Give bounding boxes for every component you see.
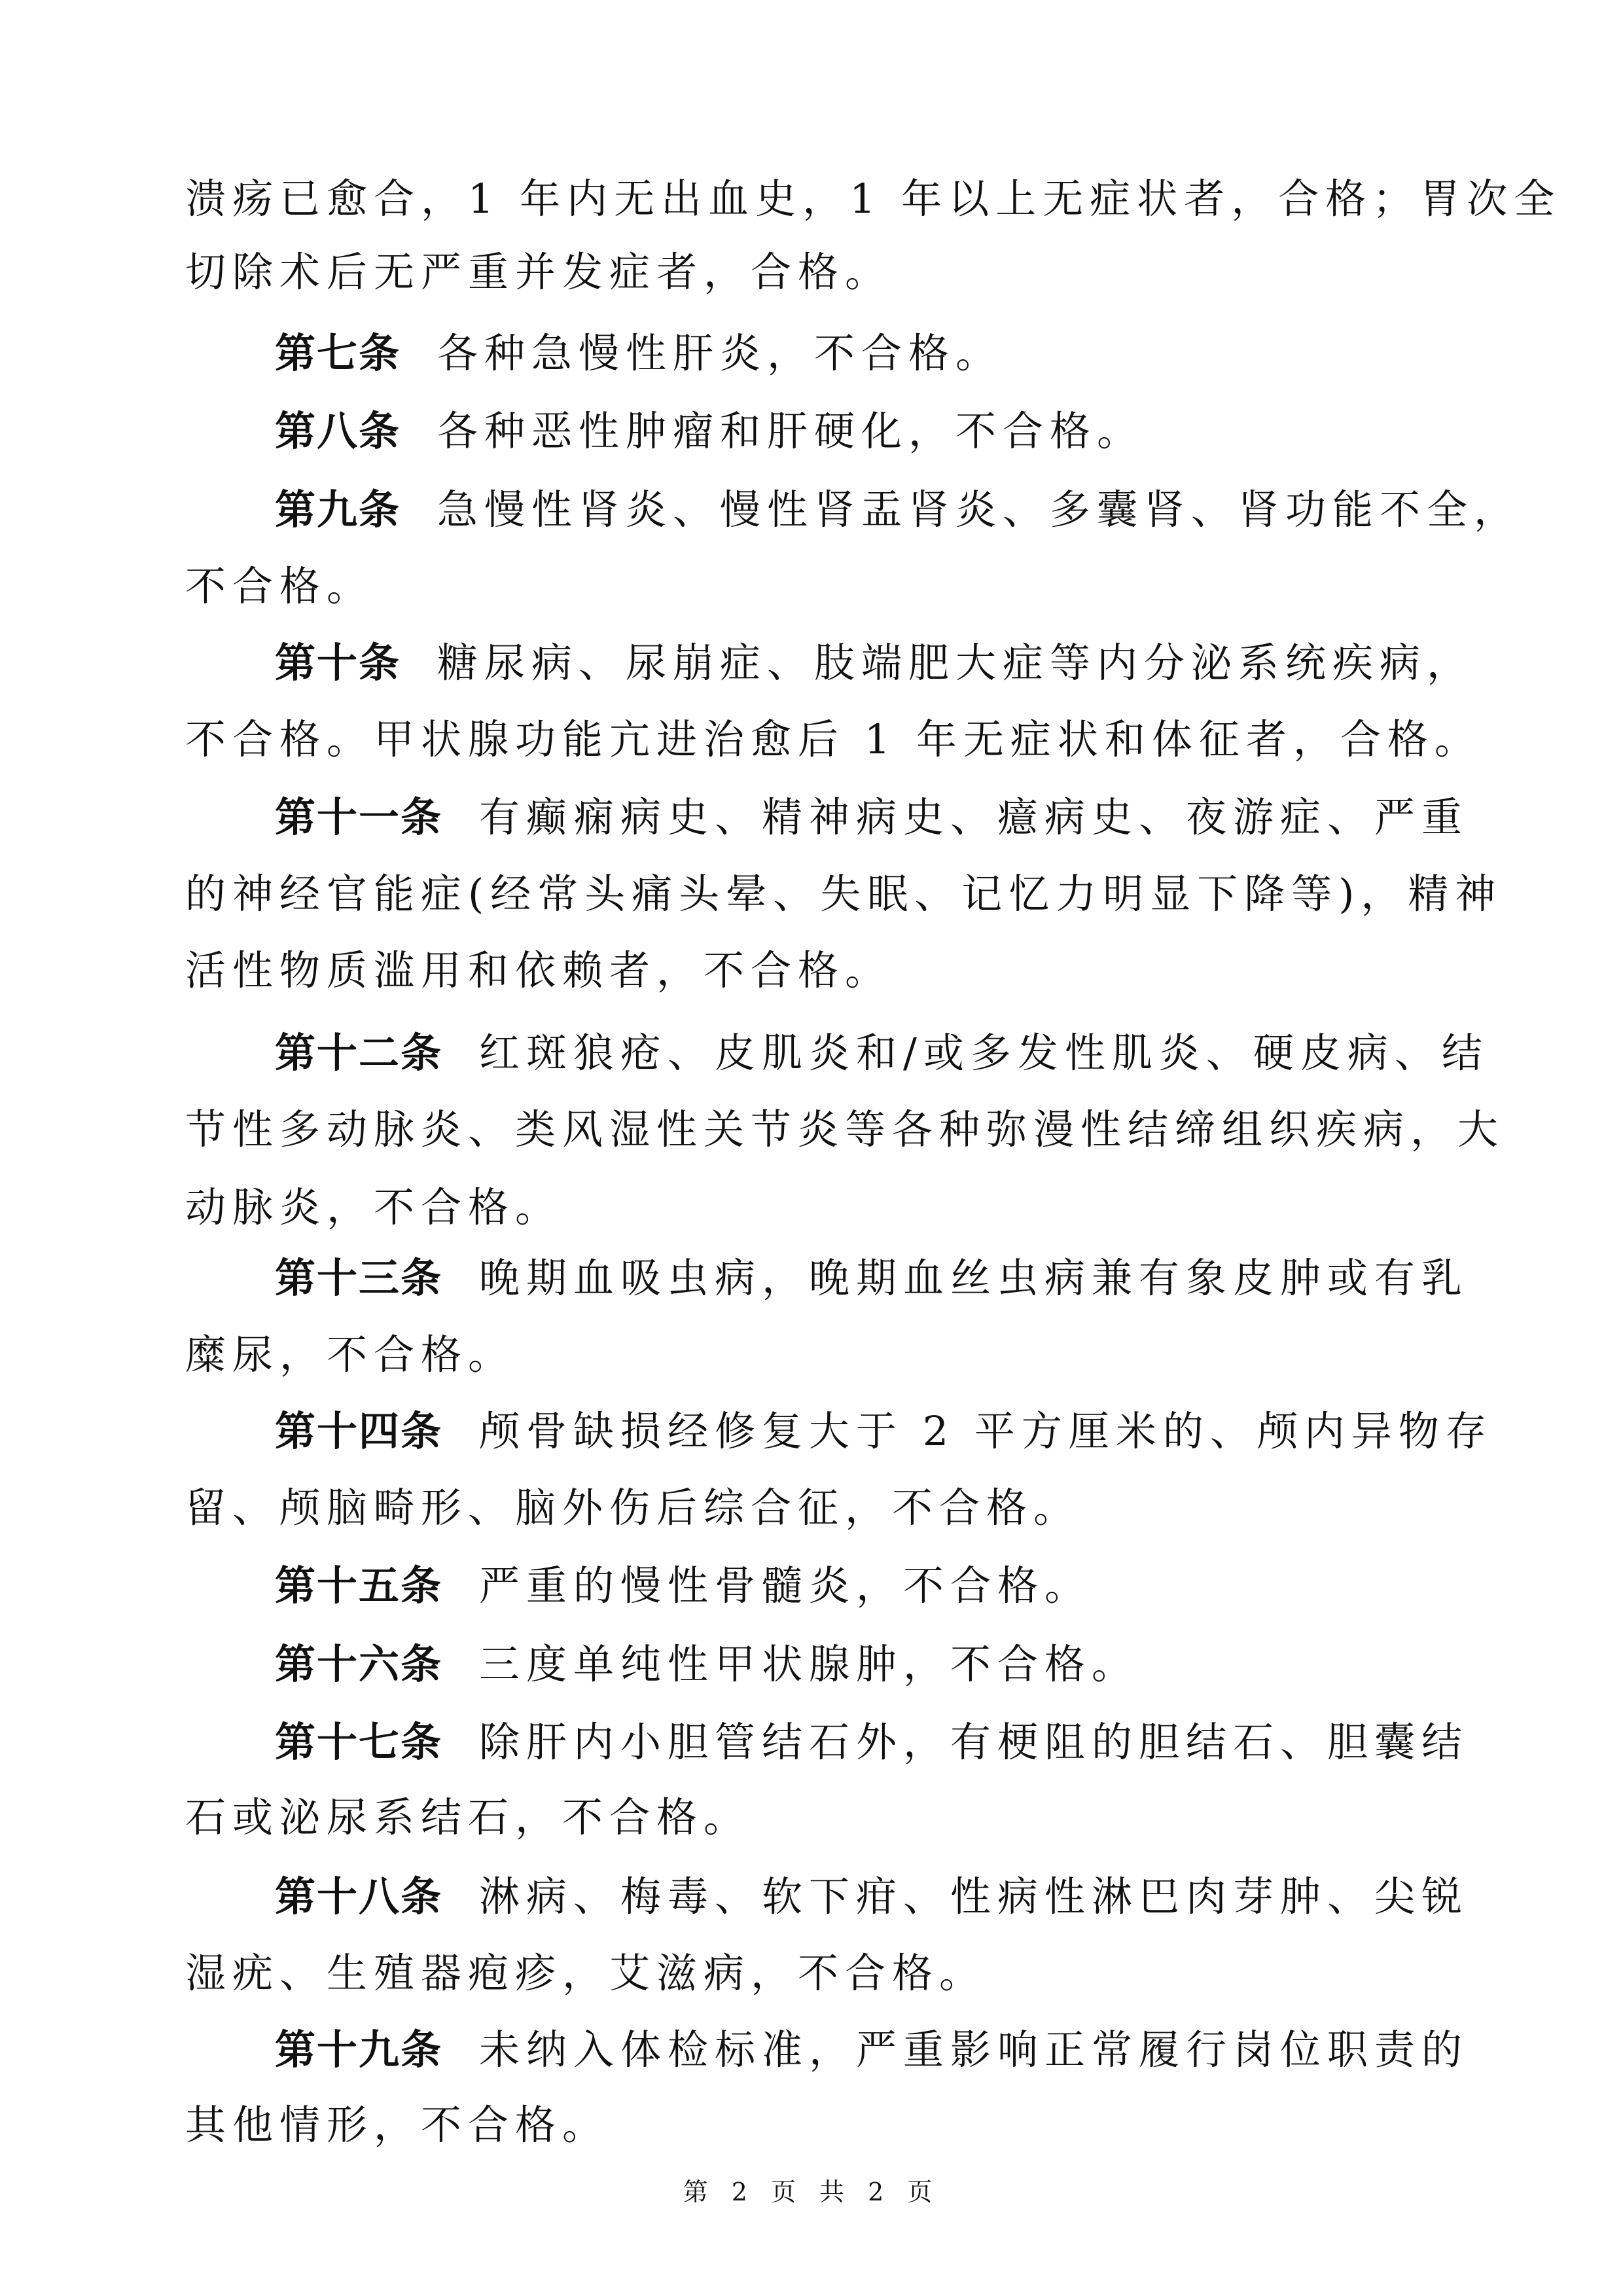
line-text: 不合格。 xyxy=(185,562,374,610)
line-text: 石或泌尿系结石，不合格。 xyxy=(185,1793,751,1841)
article-label: 第九条 xyxy=(275,486,401,533)
article-label: 第七条 xyxy=(275,329,401,377)
article-label: 第十九条 xyxy=(275,2026,442,2073)
line-text: 严重的慢性骨髓炎，不合格。 xyxy=(479,1562,1092,1609)
line-text: 晚期血吸虫病，晚期血丝虫病兼有象皮肿或有乳 xyxy=(479,1254,1469,1302)
article-first-line: 第八条各种恶性肿瘤和肝硬化，不合格。 xyxy=(275,405,1518,457)
text-line: 切除术后无严重并发症者，合格。 xyxy=(185,246,1429,298)
line-text: 淋病、梅毒、软下疳、性病性淋巴肉芽肿、尖锐 xyxy=(479,1873,1469,1920)
article-label: 第十六条 xyxy=(275,1640,442,1688)
text-line: 活性物质滥用和依赖者，不合格。 xyxy=(185,944,1429,997)
article-label: 第十八条 xyxy=(275,1873,442,1920)
line-text: 除肝内小胆管结石外，有梗阻的胆结石、胆囊结 xyxy=(479,1718,1469,1766)
line-text: 活性物质滥用和依赖者，不合格。 xyxy=(185,946,892,994)
line-text: 急慢性肾炎、慢性肾盂肾炎、多囊肾、肾功能不全， xyxy=(437,486,1521,533)
text-line: 不合格。 xyxy=(185,560,1429,613)
text-line: 动脉炎，不合格。 xyxy=(185,1181,1429,1234)
text-line: 湿疣、生殖器疱疹，艾滋病，不合格。 xyxy=(185,1947,1429,2000)
text-line: 其他情形，不合格。 xyxy=(185,2099,1429,2151)
article-first-line: 第九条急慢性肾炎、慢性肾盂肾炎、多囊肾、肾功能不全， xyxy=(275,484,1518,536)
article-first-line: 第十七条除肝内小胆管结石外，有梗阻的胆结石、胆囊结 xyxy=(275,1716,1518,1768)
line-text: 的神经官能症(经常头痛头晕、失眠、记忆力明显下降等)，精神 xyxy=(185,870,1502,918)
line-text: 颅骨缺损经修复大于 2 平方厘米的、颅内异物存 xyxy=(479,1407,1493,1455)
article-first-line: 第七条各种急慢性肝炎，不合格。 xyxy=(275,327,1518,380)
article-first-line: 第十三条晚期血吸虫病，晚期血丝虫病兼有象皮肿或有乳 xyxy=(275,1252,1518,1304)
line-text: 不合格。甲状腺功能亢进治愈后 1 年无症状和体征者，合格。 xyxy=(185,715,1482,763)
line-text: 各种恶性肿瘤和肝硬化，不合格。 xyxy=(437,407,1144,455)
line-text: 各种急慢性肝炎，不合格。 xyxy=(437,329,1003,377)
line-text: 溃疡已愈合，1 年内无出血史，1 年以上无症状者，合格；胃次全 xyxy=(185,175,1561,223)
line-text: 节性多动脉炎、类风湿性关节炎等各种弥漫性结缔组织疾病，大 xyxy=(185,1105,1505,1153)
line-text: 红斑狼疮、皮肌炎和/或多发性肌炎、硬皮病、结 xyxy=(479,1029,1489,1077)
article-label: 第十条 xyxy=(275,639,401,687)
article-label: 第十三条 xyxy=(275,1254,442,1302)
article-first-line: 第十二条红斑狼疮、皮肌炎和/或多发性肌炎、硬皮病、结 xyxy=(275,1027,1518,1079)
article-label: 第十七条 xyxy=(275,1718,442,1766)
text-line: 节性多动脉炎、类风湿性关节炎等各种弥漫性结缔组织疾病，大 xyxy=(185,1103,1429,1156)
text-line: 溃疡已愈合，1 年内无出血史，1 年以上无症状者，合格；胃次全 xyxy=(185,173,1429,225)
line-text: 三度单纯性甲状腺肿，不合格。 xyxy=(479,1640,1139,1688)
article-first-line: 第十六条三度单纯性甲状腺肿，不合格。 xyxy=(275,1638,1518,1691)
line-text: 未纳入体检标准，严重影响正常履行岗位职责的 xyxy=(479,2026,1469,2073)
article-label: 第十四条 xyxy=(275,1407,442,1455)
article-label: 第十五条 xyxy=(275,1562,442,1609)
line-text: 湿疣、生殖器疱疹，艾滋病，不合格。 xyxy=(185,1949,986,1997)
article-first-line: 第十四条颅骨缺损经修复大于 2 平方厘米的、颅内异物存 xyxy=(275,1405,1518,1458)
article-first-line: 第十条糖尿病、尿崩症、肢端肥大症等内分泌系统疾病， xyxy=(275,637,1518,689)
text-line: 的神经官能症(经常头痛头晕、失眠、记忆力明显下降等)，精神 xyxy=(185,868,1429,920)
article-first-line: 第十一条有癫痫病史、精神病史、癔病史、夜游症、严重 xyxy=(275,791,1518,844)
line-text: 留、颅脑畸形、脑外伤后综合征，不合格。 xyxy=(185,1484,1080,1532)
line-text: 糖尿病、尿崩症、肢端肥大症等内分泌系统疾病， xyxy=(437,639,1474,687)
text-line: 糜尿，不合格。 xyxy=(185,1329,1429,1381)
text-line: 石或泌尿系结石，不合格。 xyxy=(185,1791,1429,1844)
article-first-line: 第十八条淋病、梅毒、软下疳、性病性淋巴肉芽肿、尖锐 xyxy=(275,1871,1518,1923)
text-line: 留、颅脑畸形、脑外伤后综合征，不合格。 xyxy=(185,1482,1429,1534)
line-text: 切除术后无严重并发症者，合格。 xyxy=(185,248,892,296)
article-label: 第十一条 xyxy=(275,793,442,841)
text-line: 不合格。甲状腺功能亢进治愈后 1 年无症状和体征者，合格。 xyxy=(185,713,1429,766)
line-text: 动脉炎，不合格。 xyxy=(185,1183,562,1231)
article-first-line: 第十五条严重的慢性骨髓炎，不合格。 xyxy=(275,1560,1518,1612)
article-label: 第十二条 xyxy=(275,1029,442,1077)
line-text: 其他情形，不合格。 xyxy=(185,2101,609,2149)
line-text: 有癫痫病史、精神病史、癔病史、夜游症、严重 xyxy=(479,793,1469,841)
line-text: 糜尿，不合格。 xyxy=(185,1331,515,1378)
article-label: 第八条 xyxy=(275,407,401,455)
page-footer: 第 2 页 共 2 页 xyxy=(0,2172,1623,2208)
article-first-line: 第十九条未纳入体检标准，严重影响正常履行岗位职责的 xyxy=(275,2024,1518,2076)
